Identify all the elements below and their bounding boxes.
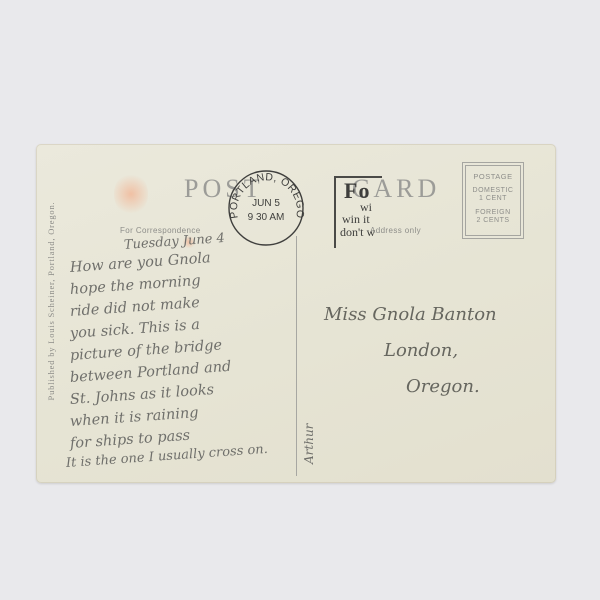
recipient-state: Oregon. [406,376,480,397]
recipient-name: Miss Gnola Banton [324,304,497,325]
message-line: hope the morning [69,273,201,298]
stamp-box-title: POSTAGE [463,173,523,181]
margin-signature: Arthur [302,424,316,464]
message-line: when it is raining [69,405,199,430]
stamp-domestic-line2: 1 CENT [463,195,523,203]
publisher-imprint: Published by Louis Scheiner, Portland, O… [46,166,56,436]
cancellation-bar [334,176,336,248]
stain-mark [114,172,148,216]
stamp-foreign-line2: 2 CENTS [463,217,523,225]
divider-line [296,236,297,476]
message-line: you sick. This is a [69,317,200,342]
stamp-box: POSTAGE DOMESTIC 1 CENT FOREIGN 2 CENTS [462,162,524,239]
postcard-back: Published by Louis Scheiner, Portland, O… [36,144,556,483]
cancellation-mark: Fo wi win it don't w [334,176,390,248]
message-line: St. Johns as it looks [69,382,214,408]
postmark-time: 9 30 AM [248,212,285,223]
stamp-domestic-line1: DOMESTIC [463,187,523,195]
cancellation-text: don't w [340,225,375,240]
recipient-city: London, [384,340,458,361]
message-line: ride did not make [69,295,200,320]
stamp-foreign-line1: FOREIGN [463,209,523,217]
postmark-icon: PORTLAND, OREGON JUN 5 9 30 AM [226,166,306,246]
message-line: How are you Gnola [69,250,211,276]
postmark-date: JUN 5 [252,198,280,209]
